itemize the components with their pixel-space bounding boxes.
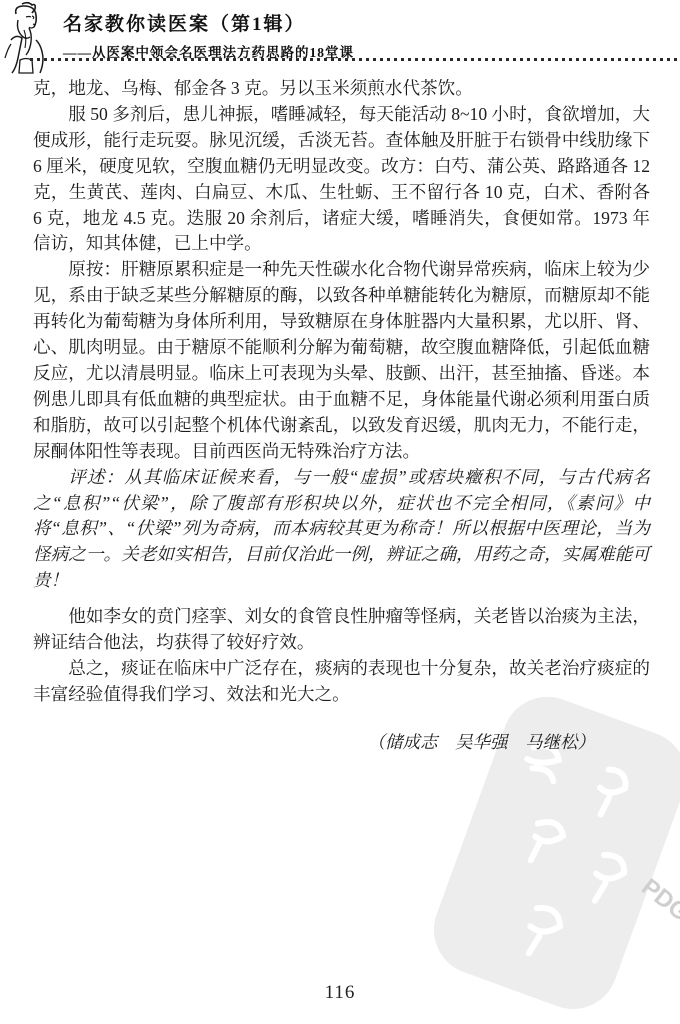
paragraph-commentary: 评述：从其临床证候来看，与一般“虚损”或痞块癥积不同，与古代病名之“息积”“伏梁… bbox=[33, 465, 650, 595]
sage-figure-icon bbox=[2, 0, 52, 74]
author-signature: （储成志 吴华强 马继松） bbox=[33, 730, 650, 756]
paragraph-other-cases: 他如李女的贲门痉挛、刘女的食管良性肿瘤等怪病，关老皆以治痰为主法，辨证结合他法，… bbox=[33, 604, 650, 656]
paragraph-followup: 服 50 多剂后，患儿神振，嗜睡减轻，每天能活动 8~10 小时，食欲增加，大便… bbox=[33, 102, 650, 257]
page-number: 116 bbox=[0, 982, 680, 1004]
page-header: 名家教你读医案（第1辑） ——从医案中领会名医理法方药思路的18堂课 bbox=[0, 0, 680, 64]
book-title: 名家教你读医案（第1辑） bbox=[63, 9, 354, 36]
paragraph-original-note: 原按：肝糖原累积症是一种先天性碳水化合物代谢异常疾病，临床上较为少见，系由于缺乏… bbox=[33, 257, 650, 464]
header-dotted-rule bbox=[30, 58, 680, 61]
seal-watermark: PDG bbox=[435, 730, 680, 990]
paragraph-summary: 总之，痰证在临床中广泛存在，痰病的表现也十分复杂，故关老治疗痰症的丰富经验值得我… bbox=[33, 656, 650, 708]
paragraph-continuation: 克，地龙、乌梅、郁金各 3 克。另以玉米须煎水代茶饮。 bbox=[33, 76, 650, 102]
book-page: 名家教你读医案（第1辑） ——从医案中领会名医理法方药思路的18堂课 PDG 克… bbox=[0, 0, 680, 1024]
page-body: 克，地龙、乌梅、郁金各 3 克。另以玉米须煎水代茶饮。 服 50 多剂后，患儿神… bbox=[33, 76, 650, 756]
